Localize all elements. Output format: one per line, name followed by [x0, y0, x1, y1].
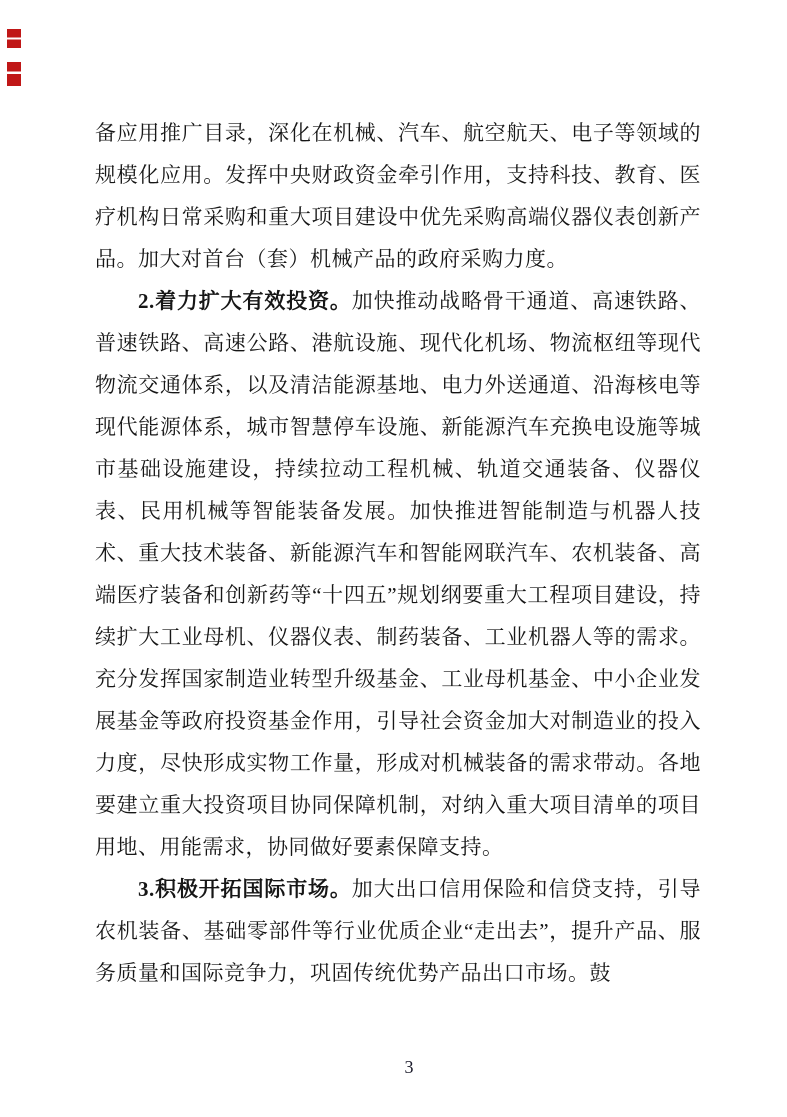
page-number: 3 [95, 1056, 701, 1078]
paragraph-continuation: 备应用推广目录，深化在机械、汽车、航空航天、电子等领域的规模化应用。发挥中央财政… [95, 112, 701, 280]
paragraph-text: 备应用推广目录，深化在机械、汽车、航空航天、电子等领域的规模化应用。发挥中央财政… [95, 121, 701, 271]
paragraph-text: 加快推动战略骨干通道、高速铁路、普速铁路、高速公路、港航设施、现代化机场、物流枢… [95, 289, 701, 859]
paragraph-2: 2.着力扩大有效投资。加快推动战略骨干通道、高速铁路、普速铁路、高速公路、港航设… [95, 280, 701, 868]
paragraph-3: 3.积极开拓国际市场。加大出口信用保险和信贷支持，引导农机装备、基础零部件等行业… [95, 868, 701, 994]
red-corner-mark-icon [7, 29, 21, 48]
document-page: 备应用推广目录，深化在机械、汽车、航空航天、电子等领域的规模化应用。发挥中央财政… [0, 0, 787, 1117]
paragraph-2-lead: 2.着力扩大有效投资。 [138, 289, 352, 313]
red-corner-mark-icon [7, 62, 21, 86]
body-text: 备应用推广目录，深化在机械、汽车、航空航天、电子等领域的规模化应用。发挥中央财政… [95, 112, 701, 994]
paragraph-3-lead: 3.积极开拓国际市场。 [138, 877, 352, 901]
